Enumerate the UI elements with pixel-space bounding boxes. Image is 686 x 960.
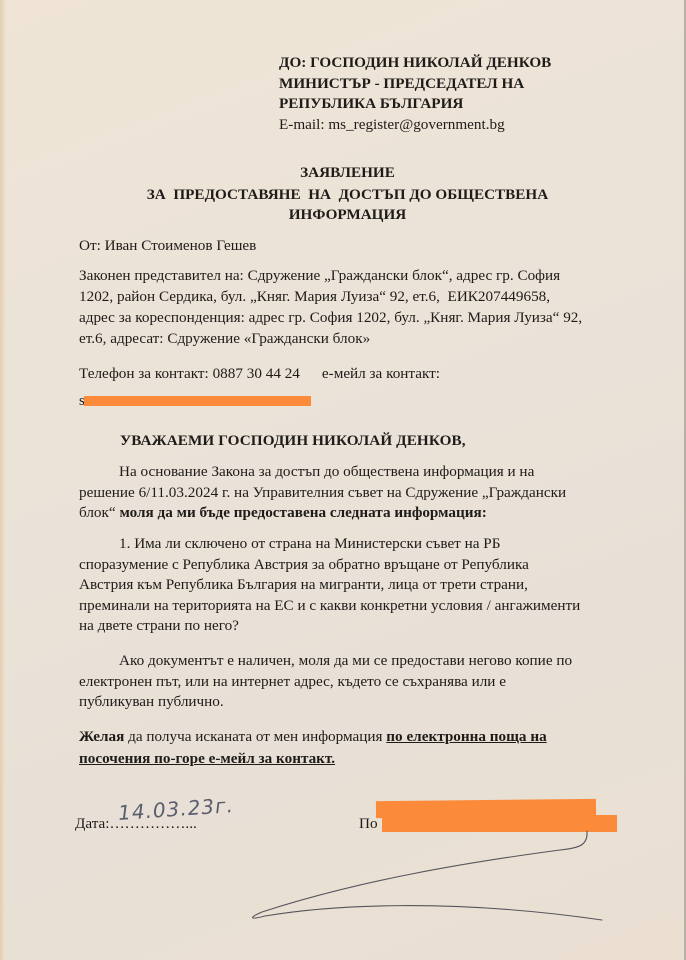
signature-stroke <box>0 0 686 960</box>
